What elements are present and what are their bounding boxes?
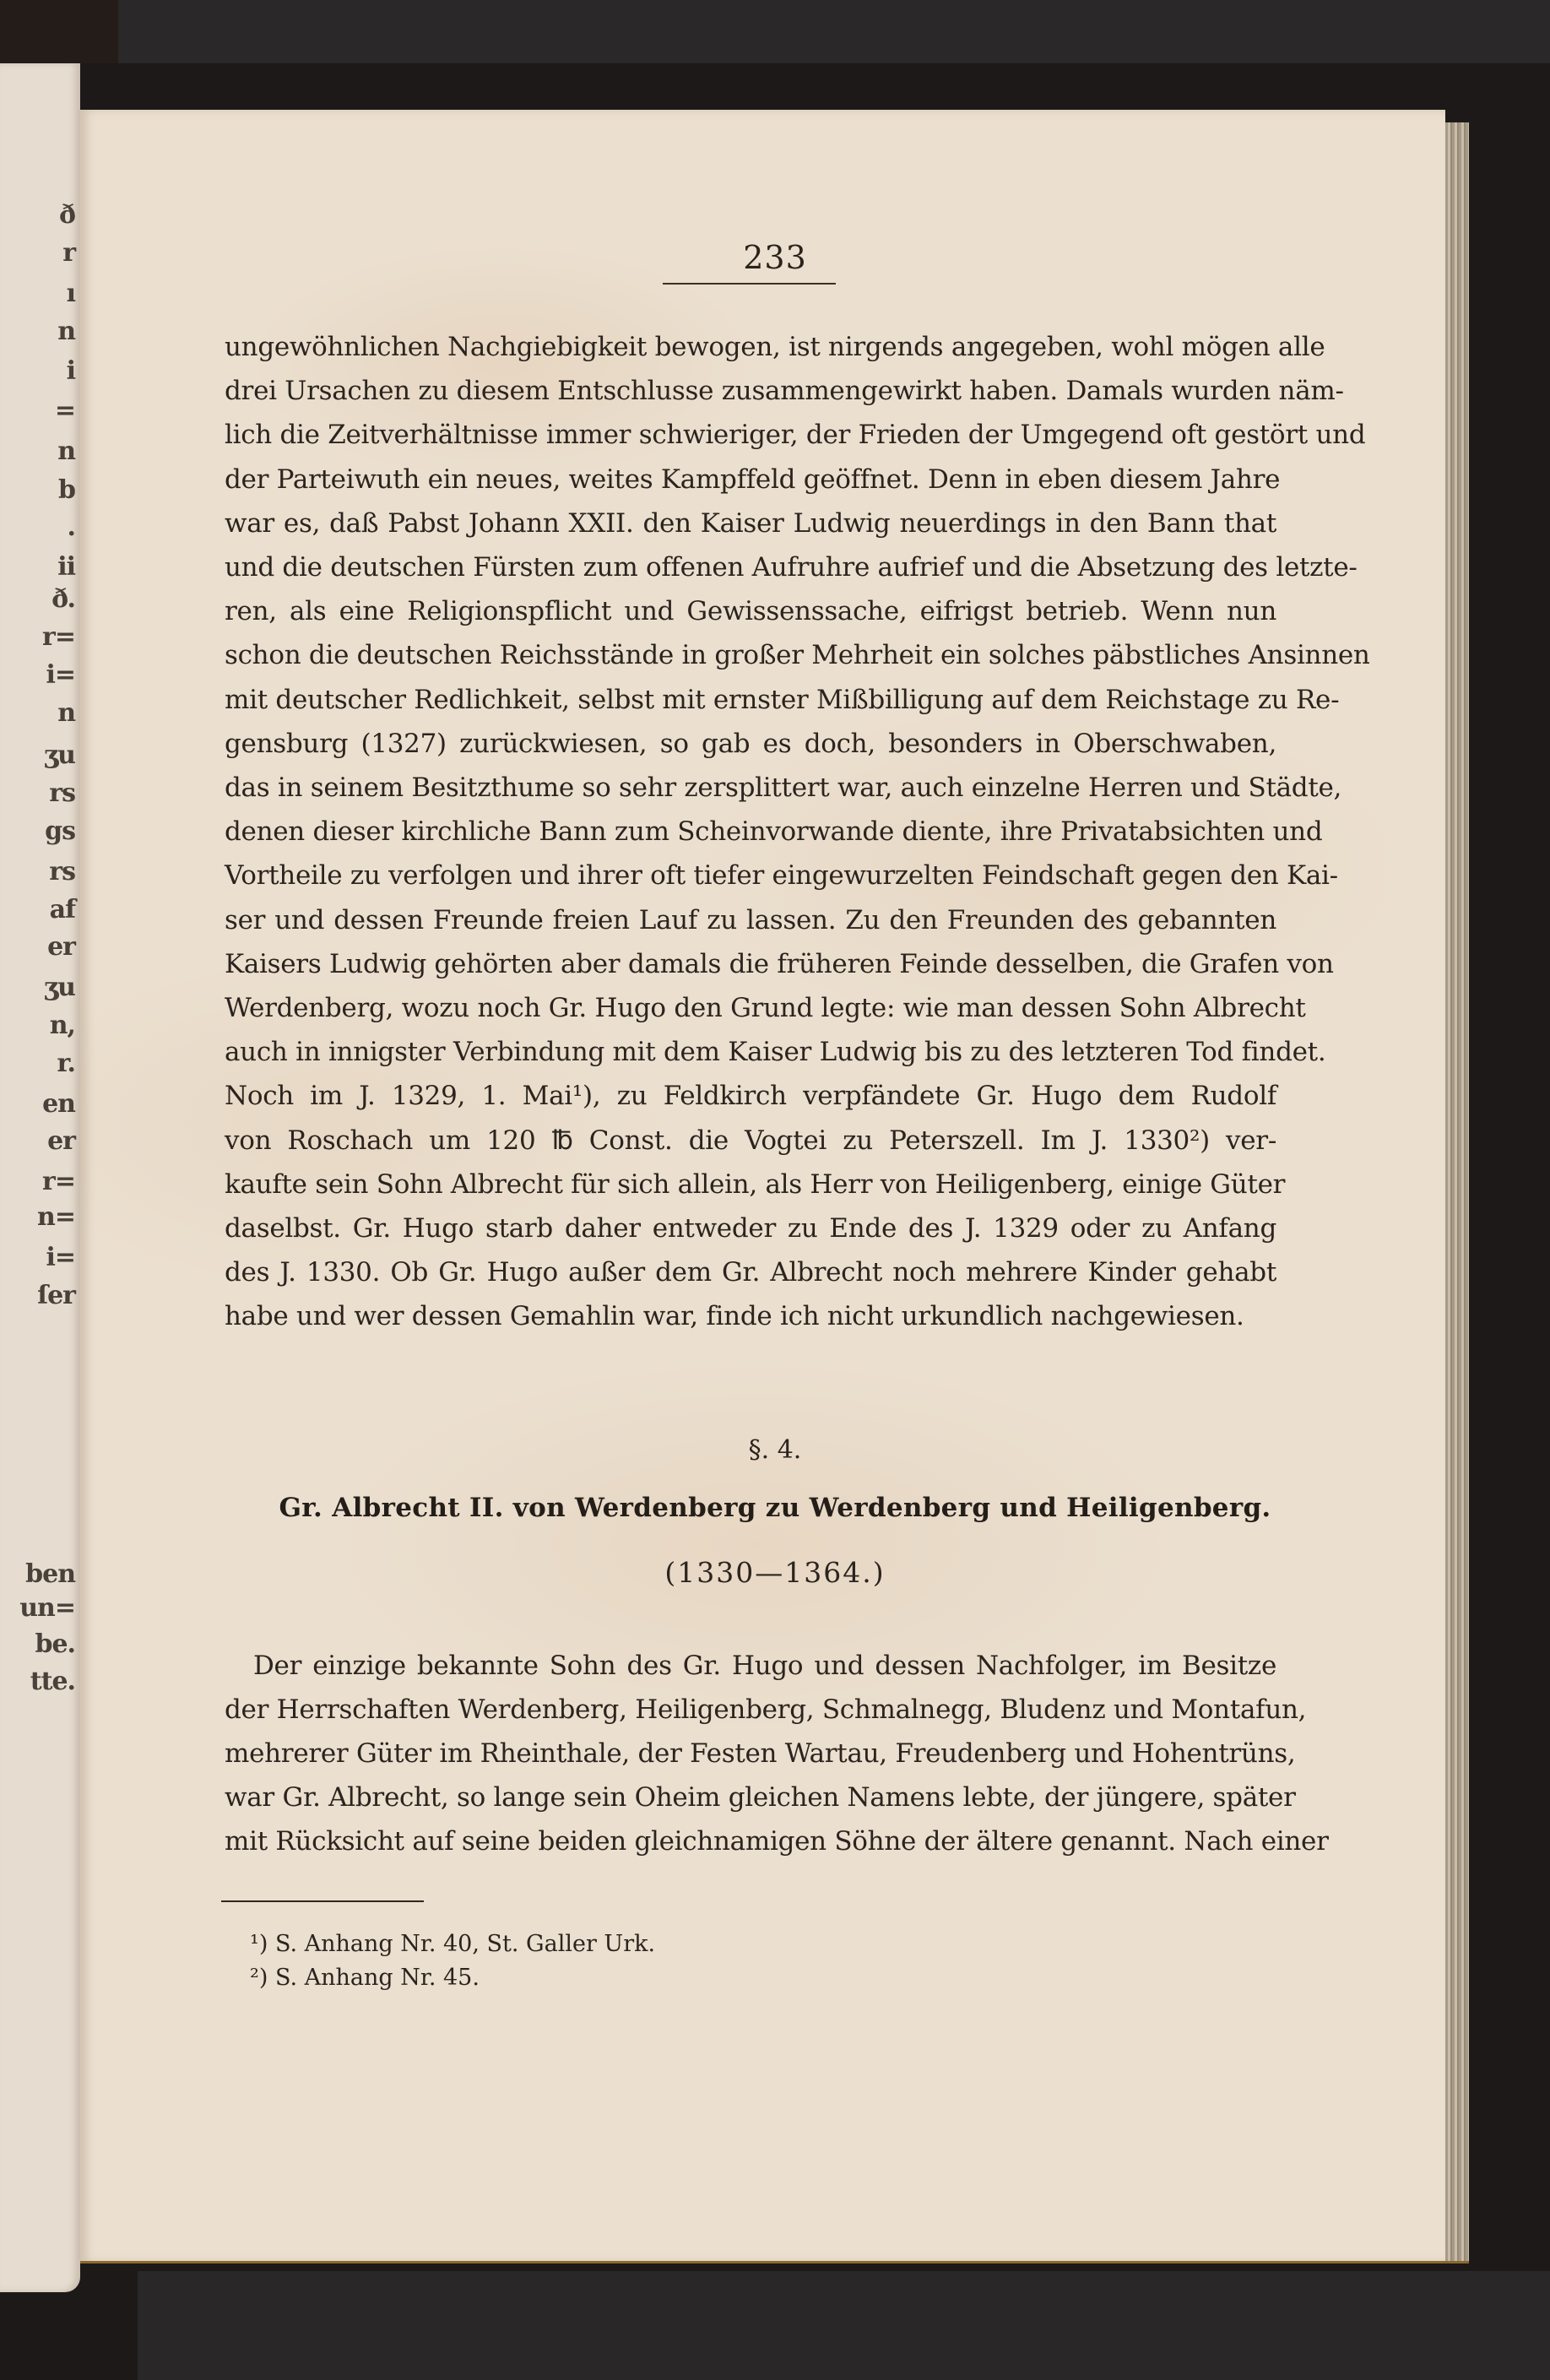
- text-line: mehrerer Güter im Rheinthale, der Festen…: [225, 1738, 1276, 1769]
- facing-page-text-fragment: be.: [35, 1632, 75, 1657]
- text-line: drei Ursachen zu diesem Entschlusse zusa…: [225, 376, 1276, 406]
- facing-page-text-fragment: n=: [37, 1205, 75, 1230]
- facing-page-text-fragment: ſer: [37, 1283, 75, 1309]
- facing-page-text-fragment: gs: [45, 819, 75, 844]
- text-line: Der einzige bekannte Sohn des Gr. Hugo u…: [253, 1651, 1276, 1681]
- facing-page-text-fragment: n: [57, 319, 75, 344]
- text-line: Vortheile zu verfolgen und ihrer oft tie…: [225, 860, 1276, 891]
- facing-page-text-fragment: en: [42, 1092, 75, 1117]
- page-stack-edge: [1445, 122, 1469, 2263]
- facing-page-edge: ðrıni=nb.iið.r=i=nʒursgsrsaferʒun,r.ener…: [0, 63, 80, 2292]
- facing-page-text-fragment: rs: [49, 781, 75, 806]
- text-line: mit deutscher Redlichkeit, selbst mit er…: [225, 685, 1276, 715]
- facing-page-text-fragment: =: [55, 398, 75, 424]
- facing-page-text-fragment: i: [67, 359, 75, 384]
- scan-background-top: [118, 0, 1550, 63]
- text-line: Noch im J. 1329, 1. Mai¹), zu Feldkirch …: [225, 1081, 1276, 1111]
- facing-page-text-fragment: af: [50, 897, 75, 923]
- text-line: denen dieser kirchliche Bann zum Scheinv…: [225, 816, 1276, 847]
- facing-page-text-fragment: rs: [49, 859, 75, 885]
- footnote-2: ²) S. Anhang Nr. 45.: [250, 1965, 480, 1991]
- text-line: ren, als eine Religionspflicht und Gewis…: [225, 596, 1276, 626]
- text-line: habe und wer dessen Gemahlin war, finde …: [225, 1301, 1276, 1331]
- text-line: ser und dessen Freunde freien Lauf zu la…: [225, 905, 1276, 935]
- facing-page-text-fragment: i=: [46, 1245, 75, 1271]
- footnote-1: ¹) S. Anhang Nr. 40, St. Galler Urk.: [250, 1931, 655, 1957]
- text-line: auch in innigster Verbindung mit dem Kai…: [225, 1037, 1276, 1067]
- facing-page-text-fragment: un=: [19, 1596, 75, 1621]
- text-line: von Roschach um 120 ℔ Const. die Vogtei …: [225, 1125, 1276, 1156]
- text-line: schon die deutschen Reichsstände in groß…: [225, 640, 1276, 670]
- header-rule: [663, 283, 836, 285]
- page-number: 233: [0, 239, 1550, 276]
- facing-page-text-fragment: r=: [42, 1169, 75, 1195]
- section-number: §. 4.: [0, 1435, 1550, 1465]
- page-bottom-edge: [80, 2261, 1469, 2263]
- text-line: der Parteiwuth ein neues, weites Kampffe…: [225, 464, 1276, 495]
- section-dates: (1330—1364.): [0, 1556, 1550, 1589]
- facing-page-text-fragment: n: [57, 439, 75, 464]
- footnote-rule: [221, 1900, 424, 1902]
- facing-page-text-fragment: r.: [57, 1051, 76, 1076]
- facing-page-text-fragment: r=: [42, 625, 75, 650]
- text-line: der Herrschaften Werdenberg, Heiligenber…: [225, 1694, 1276, 1725]
- text-line: des J. 1330. Ob Gr. Hugo außer dem Gr. A…: [225, 1257, 1276, 1288]
- text-line: Kaisers Ludwig gehörten aber damals die …: [225, 949, 1276, 979]
- text-line: gensburg (1327) zurückwiesen, so gab es …: [225, 729, 1276, 759]
- facing-page-text-fragment: b: [58, 478, 75, 503]
- text-line: mit Rücksicht auf seine beiden gleichnam…: [225, 1826, 1276, 1857]
- text-line: kaufte sein Sohn Albrecht für sich allei…: [225, 1169, 1276, 1200]
- text-line: lich die Zeitverhältnisse immer schwieri…: [225, 420, 1276, 450]
- facing-page-text-fragment: ð.: [51, 587, 75, 612]
- scan-background-bottom: [138, 2271, 1550, 2380]
- text-line: war es, daß Pabst Johann XXII. den Kaise…: [225, 508, 1276, 539]
- facing-page-text-fragment: er: [47, 1129, 75, 1154]
- facing-page-text-fragment: tte.: [30, 1669, 75, 1694]
- facing-page-text-fragment: n: [57, 701, 75, 726]
- section-title: Gr. Albrecht II. von Werdenberg zu Werde…: [0, 1493, 1550, 1523]
- text-line: und die deutschen Fürsten zum offenen Au…: [225, 552, 1276, 583]
- text-line: war Gr. Albrecht, so lange sein Oheim gl…: [225, 1782, 1276, 1813]
- text-line: das in seinem Besitzthume so sehr zerspl…: [225, 773, 1276, 803]
- facing-page-text-fragment: er: [47, 935, 75, 960]
- facing-page-text-fragment: ı: [67, 281, 75, 306]
- scan-background-top-left: [0, 0, 118, 63]
- facing-page-text-fragment: i=: [46, 663, 75, 688]
- facing-page-text-fragment: ð: [59, 203, 75, 228]
- facing-page-text-fragment: ʒu: [44, 743, 75, 768]
- facing-page-text-fragment: .: [68, 515, 75, 540]
- text-line: Werdenberg, wozu noch Gr. Hugo den Grund…: [225, 993, 1276, 1023]
- text-line: ungewöhnlichen Nachgiebigkeit bewogen, i…: [225, 332, 1276, 362]
- facing-page-text-fragment: ii: [57, 555, 75, 580]
- facing-page-text-fragment: ʒu: [44, 975, 75, 1000]
- text-line: daselbst. Gr. Hugo starb daher entweder …: [225, 1213, 1276, 1244]
- facing-page-text-fragment: n,: [50, 1013, 75, 1038]
